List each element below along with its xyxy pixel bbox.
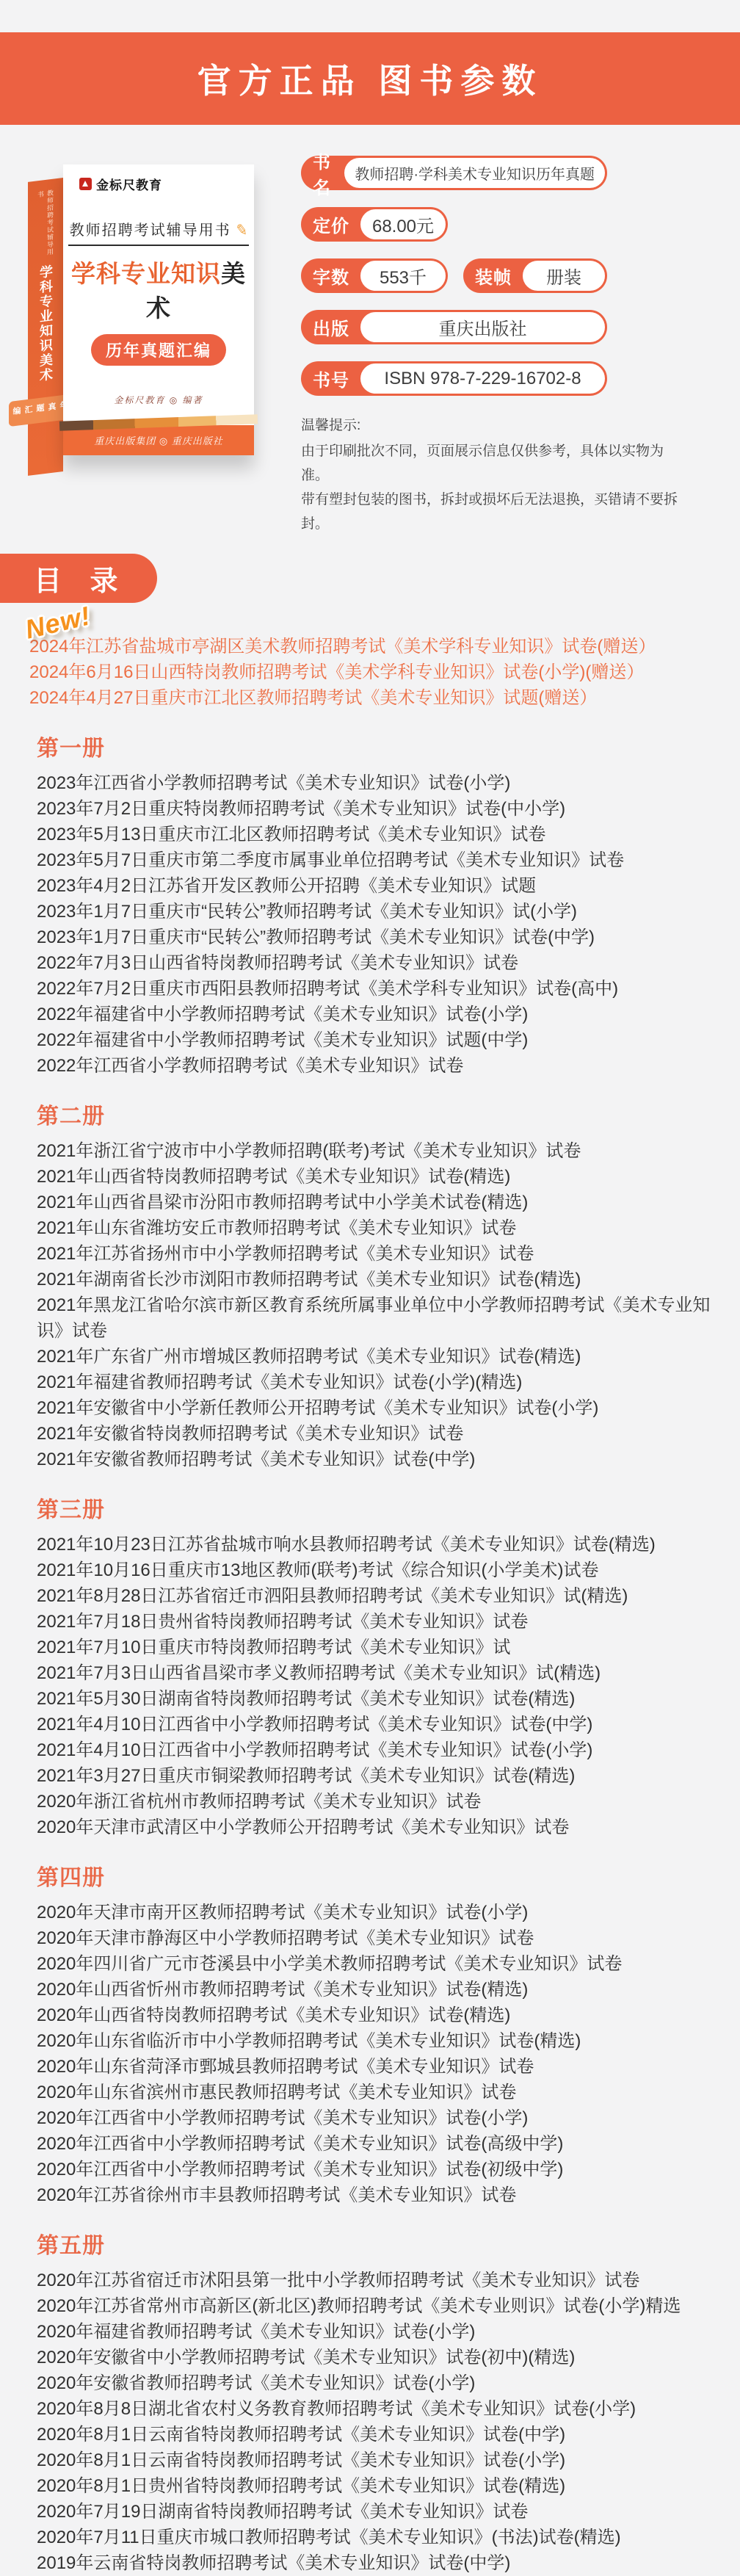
field-binding: 装帧 册装 <box>463 258 607 293</box>
toc-item: 2020年四川省广元市苍溪县中小学美术教师招聘考试《美术专业知识》试卷 <box>37 1951 730 1977</box>
tips-line: 由于印刷批次不同，页面展示信息仅供参考，具体以实物为准。 <box>301 439 683 488</box>
toc-item: 2022年福建省中小学教师招聘考试《美术专业知识》试卷(小学) <box>37 1002 730 1027</box>
volume-item-list: 2021年浙江省宁波市中小学教师招聘(联考)考试《美术专业知识》试卷2021年山… <box>37 1138 730 1472</box>
toc-item: 2020年安徽省中小学教师招聘考试《美术专业知识》试卷(初中)(精选) <box>37 2345 730 2370</box>
toc-item: 2020年8月1日贵州省特岗教师招聘考试《美术专业知识》试卷(精选) <box>37 2473 730 2499</box>
volume-title: 第二册 <box>37 1098 740 1130</box>
toc-item: 2021年4月10日江西省中小学教师招聘考试《美术专业知识》试卷(小学) <box>37 1737 730 1763</box>
toc-item: 2020年山东省菏泽市鄄城县教师招聘考试《美术专业知识》试卷 <box>37 2054 730 2080</box>
toc-item: 2019年云南省特岗教师招聘考试《美术专业知识》试卷(中学) <box>37 2550 730 2576</box>
field-price: 定价 68.00元 <box>301 207 448 242</box>
toc-item: 2023年1月7日重庆市“民转公”教师招聘考试《美术专业知识》试卷(中学) <box>37 925 730 950</box>
cover-title: 学科专业知识美术 <box>63 255 254 324</box>
field-value: 册装 <box>523 261 605 291</box>
banner-title: 官方正品 图书参数 <box>197 54 543 103</box>
volume-item-list: 2020年江苏省宿迁市沭阳县第一批中小学教师招聘考试《美术专业知识》试卷2020… <box>37 2268 730 2576</box>
toc-item: 2020年天津市南开区教师招聘考试《美术专业知识》试卷(小学) <box>37 1900 730 1925</box>
pencil-icon: ✎ <box>234 220 249 240</box>
field-isbn: 书号 ISBN 978-7-229-16702-8 <box>301 361 607 396</box>
warm-tips: 温馨提示: 由于印刷批次不同，页面展示信息仅供参考，具体以实物为准。 带有塑封包… <box>301 413 683 536</box>
field-label: 字数 <box>301 258 358 293</box>
toc-item: 2023年5月7日重庆市第二季度市属事业单位招聘考试《美术专业知识》试卷 <box>37 847 730 873</box>
toc-item: 2021年山东省潍坊安丘市教师招聘考试《美术专业知识》试卷 <box>37 1215 730 1241</box>
book-cover-image: 教师招聘考试辅导用书 学科专业知识美术 历年真题汇编 金标尺教育 教师招聘考试辅… <box>0 140 291 493</box>
field-title: 书名 教师招聘·学科美术专业知识历年真题 <box>301 156 607 190</box>
toc-item: 2020年8月1日云南省特岗教师招聘考试《美术专业知识》试卷(小学) <box>37 2447 730 2473</box>
volume-item-list: 2021年10月23日江苏省盐城市响水县教师招聘考试《美术专业知识》试卷(精选)… <box>37 1532 730 1840</box>
field-label: 书号 <box>301 361 358 396</box>
toc-item: 2020年浙江省杭州市教师招聘考试《美术专业知识》试卷 <box>37 1789 730 1815</box>
toc-item: 2021年黑龙江省哈尔滨市新区教育系统所属事业单位中小学教师招聘考试《美术专业知… <box>37 1292 730 1344</box>
field-label: 定价 <box>301 207 358 242</box>
toc-item: 2020年安徽省教师招聘考试《美术专业知识》试卷(小学) <box>37 2370 730 2396</box>
toc-item: 2021年安徽省特岗教师招聘考试《美术专业知识》试卷 <box>37 1421 730 1447</box>
field-wordcount: 字数 553千 <box>301 258 448 293</box>
field-value: ISBN 978-7-229-16702-8 <box>360 363 605 394</box>
field-label: 书名 <box>301 156 342 190</box>
brand-name: 金标尺教育 <box>96 175 162 193</box>
toc-item: 2020年江苏省徐州市丰县教师招聘考试《美术专业知识》试卷 <box>37 2182 730 2208</box>
toc-item: 2022年江西省小学教师招聘考试《美术专业知识》试卷 <box>37 1053 730 1079</box>
toc-volume: 第四册 2020年天津市南开区教师招聘考试《美术专业知识》试卷(小学)2020年… <box>0 1859 740 2208</box>
product-detail-page: 官方正品 图书参数 教师招聘考试辅导用书 学科专业知识美术 历年真题汇编 金标尺… <box>0 0 740 2576</box>
gift-list: 2024年江苏省盐城市亭湖区美术教师招聘考试《美术学科专业知识》试卷(赠送）20… <box>29 634 740 711</box>
toc-item: 2021年7月18日贵州省特岗教师招聘考试《美术专业知识》试卷 <box>37 1609 730 1635</box>
toc-volume: 第二册 2021年浙江省宁波市中小学教师招聘(联考)考试《美术专业知识》试卷20… <box>0 1098 740 1472</box>
volume-title: 第一册 <box>37 730 740 762</box>
toc-item: 2021年山西省特岗教师招聘考试《美术专业知识》试卷(精选) <box>37 1164 730 1190</box>
product-section: 教师招聘考试辅导用书 学科专业知识美术 历年真题汇编 金标尺教育 教师招聘考试辅… <box>0 125 740 536</box>
tips-line: 带有塑封包装的图书，拆封或损坏后无法退换，买错请不要拆封。 <box>301 488 683 536</box>
toc-item: 2021年浙江省宁波市中小学教师招聘(联考)考试《美术专业知识》试卷 <box>37 1138 730 1164</box>
toc-item: 2023年5月13日重庆市江北区教师招聘考试《美术专业知识》试卷 <box>37 822 730 847</box>
toc-badge: 目 录 <box>0 554 157 603</box>
brand-row: 金标尺教育 <box>79 175 254 193</box>
toc-item: 2021年7月3日山西省昌梁市孝义教师招聘考试《美术专业知识》试(精选) <box>37 1660 730 1686</box>
field-value: 553千 <box>360 261 446 291</box>
gift-item: 2024年4月27日重庆市江北区教师招聘考试《美术专业知识》试题(赠送） <box>29 685 740 711</box>
volume-title: 第五册 <box>37 2227 740 2260</box>
field-publisher: 出版 重庆出版社 <box>301 310 607 344</box>
toc-item: 2022年福建省中小学教师招聘考试《美术专业知识》试题(中学) <box>37 1027 730 1053</box>
toc-item: 2021年安徽省中小学新任教师公开招聘考试《美术专业知识》试卷(小学) <box>37 1395 730 1421</box>
toc-item: 2021年5月30日湖南省特岗教师招聘考试《美术专业知识》试卷(精选) <box>37 1686 730 1712</box>
field-label: 装帧 <box>463 258 520 293</box>
toc-item: 2020年7月11日重庆市城口教师招聘考试《美术专业知识》(书法)试卷(精选) <box>37 2525 730 2550</box>
volume-item-list: 2020年天津市南开区教师招聘考试《美术专业知识》试卷(小学)2020年天津市静… <box>37 1900 730 2208</box>
toc-item: 2022年7月3日山西省特岗教师招聘考试《美术专业知识》试卷 <box>37 950 730 976</box>
cover-publisher: 重庆出版集团 ◎ 重庆出版社 <box>94 433 223 447</box>
toc-item: 2020年7月19日湖南省特岗教师招聘考试《美术专业知识》试卷 <box>37 2499 730 2525</box>
toc-item: 2021年广东省广州市增城区教师招聘考试《美术专业知识》试卷(精选) <box>37 1344 730 1370</box>
toc-item: 2020年山东省滨州市惠民教师招聘考试《美术专业知识》试卷 <box>37 2080 730 2105</box>
field-value: 68.00元 <box>360 209 446 239</box>
cover-badge: 历年真题汇编 <box>91 334 226 366</box>
toc-item: 2020年江西省中小学教师招聘考试《美术专业知识》试卷(高级中学) <box>37 2131 730 2157</box>
book-spine: 教师招聘考试辅导用书 学科专业知识美术 历年真题汇编 <box>28 178 63 476</box>
toc-volume: 第一册 2023年江西省小学教师招聘考试《美术专业知识》试卷(小学)2023年7… <box>0 730 740 1079</box>
toc-item: 2023年4月2日江苏省开发区教师公开招聘《美术专业知识》试题 <box>37 873 730 899</box>
toc-item: 2021年4月10日江西省中小学教师招聘考试《美术专业知识》试卷(中学) <box>37 1712 730 1737</box>
tips-title: 温馨提示: <box>301 413 683 438</box>
toc-item: 2023年7月2日重庆特岗教师招聘考试《美术专业知识》试卷(中小学) <box>37 796 730 822</box>
book-parameters: 书名 教师招聘·学科美术专业知识历年真题 定价 68.00元 字数 553千 装… <box>291 140 740 536</box>
volume-title: 第三册 <box>37 1491 740 1524</box>
section-banner: 官方正品 图书参数 <box>0 32 740 125</box>
toc-volumes: 第一册 2023年江西省小学教师招聘考试《美术专业知识》试卷(小学)2023年7… <box>0 730 740 2576</box>
spine-title-text: 学科专业知识美术 <box>36 264 55 391</box>
gift-item: 2024年6月16日山西特岗教师招聘考试《美术学科专业知识》试卷(小学)(赠送） <box>29 659 740 685</box>
book-front-cover: 金标尺教育 教师招聘考试辅导用书✎ 学科专业知识美术 历年真题汇编 金标尺教育 … <box>63 164 254 455</box>
toc-item: 2020年江苏省常州市高新区(新北区)教师招聘考试《美术专业则识》试卷(小学)精… <box>37 2293 730 2319</box>
toc-item: 2020年8月8日湖北省农村义务教育教师招聘考试《美术专业知识》试卷(小学) <box>37 2396 730 2422</box>
toc-item: 2020年江苏省宿迁市沭阳县第一批中小学教师招聘考试《美术专业知识》试卷 <box>37 2268 730 2293</box>
toc-item: 2023年1月7日重庆市“民转公”教师招聘考试《美术专业知识》试(小学) <box>37 899 730 925</box>
toc-item: 2021年7月10日重庆市特岗教师招聘考试《美术专业知识》试 <box>37 1635 730 1660</box>
toc-item: 2021年湖南省长沙市浏阳市教师招聘考试《美术专业知识》试卷(精选) <box>37 1267 730 1292</box>
toc-item: 2020年天津市武清区中小学教师公开招聘考试《美术专业知识》试卷 <box>37 1815 730 1840</box>
cover-author: 金标尺教育 ◎ 编著 <box>63 394 254 406</box>
field-value: 重庆出版社 <box>360 312 605 342</box>
toc-item: 2023年江西省小学教师招聘考试《美术专业知识》试卷(小学) <box>37 770 730 796</box>
toc-item: 2021年8月28日江苏省宿迁市泗阳县教师招聘考试《美术专业知识》试(精选) <box>37 1583 730 1609</box>
toc-item: 2021年10月23日江苏省盐城市响水县教师招聘考试《美术专业知识》试卷(精选) <box>37 1532 730 1557</box>
gift-item: 2024年江苏省盐城市亭湖区美术教师招聘考试《美术学科专业知识》试卷(赠送） <box>29 634 740 659</box>
volume-item-list: 2023年江西省小学教师招聘考试《美术专业知识》试卷(小学)2023年7月2日重… <box>37 770 730 1079</box>
toc-item: 2020年山东省临沂市中小学教师招聘考试《美术专业知识》试卷(精选) <box>37 2028 730 2054</box>
toc-item: 2020年8月1日云南省特岗教师招聘考试《美术专业知识》试卷(中学) <box>37 2422 730 2447</box>
toc-item: 2020年山西省特岗教师招聘考试《美术专业知识》试卷(精选) <box>37 2002 730 2028</box>
toc-item: 2020年山西省忻州市教师招聘考试《美术专业知识》试卷(精选) <box>37 1977 730 2002</box>
toc-item: 2020年江西省中小学教师招聘考试《美术专业知识》试卷(小学) <box>37 2105 730 2131</box>
toc-item: 2021年江苏省扬州市中小学教师招聘考试《美术专业知识》试卷 <box>37 1241 730 1267</box>
cover-series-line: 教师招聘考试辅导用书✎ <box>68 218 250 246</box>
toc-item: 2021年10月16日重庆市13地区教师(联考)考试《综合知识(小学美术)试卷 <box>37 1557 730 1583</box>
volume-title: 第四册 <box>37 1859 740 1892</box>
toc-item: 2020年天津市静海区中小学教师招聘考试《美术专业知识》试卷 <box>37 1925 730 1951</box>
toc-item: 2021年福建省教师招聘考试《美术专业知识》试卷(小学)(精选) <box>37 1370 730 1395</box>
toc-item: 2022年7月2日重庆市西阳县教师招聘考试《美术学科专业知识》试卷(高中) <box>37 976 730 1002</box>
toc-item: 2020年福建省教师招聘考试《美术专业知识》试卷(小学) <box>37 2319 730 2345</box>
spine-series-text: 教师招聘考试辅导用书 <box>36 189 55 258</box>
toc-item: 2021年安徽省教师招聘考试《美术专业知识》试卷(中学) <box>37 1447 730 1472</box>
toc-item: 2021年山西省昌梁市汾阳市教师招聘考试中小学美术试卷(精选) <box>37 1190 730 1215</box>
field-value: 教师招聘·学科美术专业知识历年真题 <box>344 158 605 188</box>
toc-volume: 第三册 2021年10月23日江苏省盐城市响水县教师招聘考试《美术专业知识》试卷… <box>0 1491 740 1840</box>
toc-item: 2021年3月27日重庆市铜梁教师招聘考试《美术专业知识》试卷(精选) <box>37 1763 730 1789</box>
field-label: 出版 <box>301 310 358 344</box>
toc-item: 2020年江西省中小学教师招聘考试《美术专业知识》试卷(初级中学) <box>37 2157 730 2182</box>
toc-volume: 第五册 2020年江苏省宿迁市沭阳县第一批中小学教师招聘考试《美术专业知识》试卷… <box>0 2227 740 2576</box>
brand-logo-icon <box>79 178 92 190</box>
